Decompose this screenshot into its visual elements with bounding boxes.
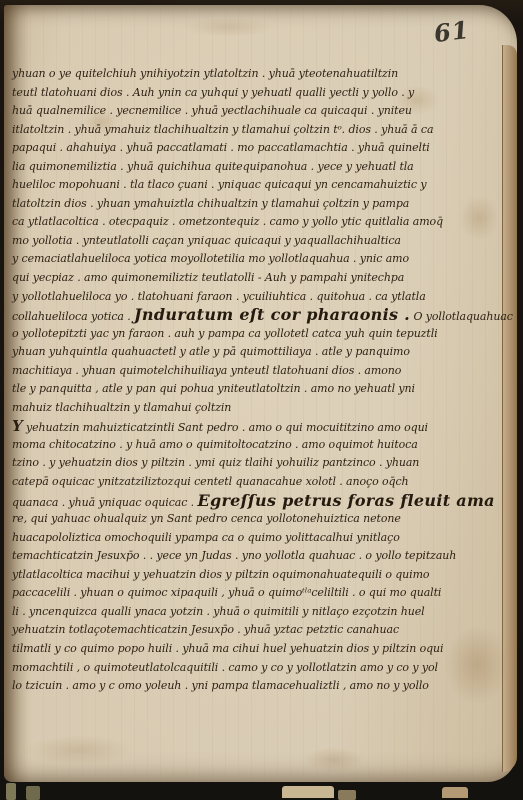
manuscript-line: qui yecpiaz . amo quimonemiliztiz teutla… — [12, 269, 463, 288]
manuscript-line: ca ytlatlacoltica . otecpaquiz . ometzon… — [12, 213, 463, 232]
manuscript-line: catepā oquicac ynitzatziliztozqui centet… — [12, 473, 463, 492]
manuscript-line: lo tzicuin . amo y c omo yoleuh . yni pa… — [12, 677, 463, 696]
folio-number: 61 — [432, 15, 471, 48]
manuscript-line: re, qui yahuac ohualquiz yn Sant pedro c… — [12, 510, 463, 529]
manuscript-line: mahuiz tlachihualtzin y tlamahui çoltzin — [12, 399, 463, 418]
nahuatl-text-segment: temachticatzin Jesuxp̄o . . yece yn Juda… — [12, 549, 456, 562]
manuscript-line: ytlatlacoltica macihui y yehuatzin dios … — [12, 566, 463, 585]
nahuatl-text-segment: quanaca . yhuā yniquac oquicac . — [12, 496, 197, 509]
manuscript-line: quanaca . yhuā yniquac oquicac . Egreſſu… — [12, 492, 463, 511]
page-fore-edge — [502, 45, 517, 772]
book-edge-fragment — [6, 783, 16, 800]
manuscript-line: yhuan o ye quitelchiuh ynihiyotzin ytlat… — [12, 65, 463, 84]
nahuatl-text-segment: lia quimonemiliztia . yhuā quichihua qui… — [12, 160, 414, 173]
manuscript-page: 61 yhuan o ye quitelchiuh ynihiyotzin yt… — [4, 5, 517, 782]
nahuatl-text-segment: qui yecpiaz . amo quimonemiliztiz teutla… — [12, 271, 404, 284]
manuscript-line: y cemaciatlahueliloca yotica moyolloteti… — [12, 250, 463, 269]
manuscript-text: yhuan o ye quitelchiuh ynihiyotzin ytlat… — [12, 65, 463, 696]
nahuatl-text-segment: tle y panquitta , atle y pan qui pohua y… — [12, 382, 415, 395]
nahuatl-text-segment: huā qualnemilice . yecnemilice . yhuā ye… — [12, 104, 412, 117]
book-edge-fragment — [442, 787, 468, 798]
nahuatl-text-segment: yehuatzin mahuizticatzintli Sant pedro .… — [23, 421, 428, 434]
nahuatl-text-segment: O yollotlaquahuac — [410, 310, 513, 323]
nahuatl-text-segment: papaqui . ahahuiya . yhuā paccatlamati .… — [12, 141, 430, 154]
manuscript-line: machitiaya . yhuan quimotelchihuiliaya y… — [12, 362, 463, 381]
book-edge-fragment — [338, 790, 356, 800]
parchment-stain — [459, 195, 499, 241]
manuscript-line: yehuatzin totlaçotemachticatzin Jesuxp̄o… — [12, 621, 463, 640]
nahuatl-text-segment: machitiaya . yhuan quimotelchihuiliaya y… — [12, 364, 401, 377]
nahuatl-text-segment: Y — [12, 417, 23, 435]
manuscript-line: itlatoltzin . yhuā ymahuiz tlachihualtzi… — [12, 121, 463, 140]
manuscript-line: Y yehuatzin mahuizticatzintli Sant pedro… — [12, 417, 463, 436]
manuscript-line: moma chitocatzino . y huā amo o quimitol… — [12, 436, 463, 455]
nahuatl-text-segment: mahuiz tlachihualtzin y tlamahui çoltzin — [12, 401, 231, 414]
book-edge-fragment — [26, 786, 40, 800]
latin-quote: Egreſſus petrus foras fleuit ama — [197, 491, 494, 510]
nahuatl-text-segment: catepā oquicac ynitzatziliztozqui centet… — [12, 475, 409, 488]
manuscript-line: o yollotepitzti yac yn faraon . auh y pa… — [12, 325, 463, 344]
parchment-stain — [184, 17, 274, 37]
nahuatl-text-segment: huacapololiztica omochoquili ypampa ca o… — [12, 531, 400, 544]
nahuatl-text-segment: collahueliloca yotica . — [12, 310, 134, 323]
nahuatl-text-segment: y yollotlahueliloca yo . tlatohuani fara… — [12, 290, 426, 303]
nahuatl-text-segment: paccacelili . yhuan o quimoc xipaquili ,… — [12, 586, 441, 599]
nahuatl-text-segment: y cemaciatlahueliloca yotica moyolloteti… — [12, 252, 409, 265]
manuscript-line: temachticatzin Jesuxp̄o . . yece yn Juda… — [12, 547, 463, 566]
nahuatl-text-segment: yhuan o ye quitelchiuh ynihiyotzin ytlat… — [12, 67, 398, 80]
nahuatl-text-segment: ytlatlacoltica macihui y yehuatzin dios … — [12, 568, 429, 581]
manuscript-line: huacapololiztica omochoquili ypampa ca o… — [12, 529, 463, 548]
manuscript-line: mo yollotia . ynteutlatolli caçan yniqua… — [12, 232, 463, 251]
manuscript-line: y yollotlahueliloca yo . tlatohuani fara… — [12, 288, 463, 307]
nahuatl-text-segment: tilmatli y co quimo popo huili . yhuā ma… — [12, 642, 443, 655]
nahuatl-text-segment: itlatoltzin . yhuā ymahuiz tlachihualtzi… — [12, 123, 433, 136]
parchment-stain — [304, 747, 364, 773]
book-edge-fragment — [282, 786, 334, 798]
nahuatl-text-segment: momachtili , o quimoteutlatolcaquitili .… — [12, 661, 438, 674]
manuscript-line: tilmatli y co quimo popo huili . yhuā ma… — [12, 640, 463, 659]
nahuatl-text-segment: lo tzicuin . amo y c omo yoleuh . yni pa… — [12, 679, 429, 692]
manuscript-line: paccacelili . yhuan o quimoc xipaquili ,… — [12, 584, 463, 603]
manuscript-line: li . yncenquizca qualli ynaca yotzin . y… — [12, 603, 463, 622]
manuscript-line: collahueliloca yotica . Jnduratum eſt co… — [12, 306, 463, 325]
nahuatl-text-segment: o yollotepitzti yac yn faraon . auh y pa… — [12, 327, 438, 340]
manuscript-line: tle y panquitta , atle y pan qui pohua y… — [12, 380, 463, 399]
nahuatl-text-segment: re, qui yahuac ohualquiz yn Sant pedro c… — [12, 512, 401, 525]
manuscript-line: momachtili , o quimoteutlatolcaquitili .… — [12, 659, 463, 678]
manuscript-line: lia quimonemiliztia . yhuā quichihua qui… — [12, 158, 463, 177]
manuscript-line: tzino . y yehuatzin dios y piltzin . ymi… — [12, 454, 463, 473]
manuscript-line: papaqui . ahahuiya . yhuā paccatlamati .… — [12, 139, 463, 158]
nahuatl-text-segment: tzino . y yehuatzin dios y piltzin . ymi… — [12, 456, 419, 469]
book-photo: { "manuscript": { "folio_number": "61", … — [0, 0, 523, 800]
nahuatl-text-segment: moma chitocatzino . y huā amo o quimitol… — [12, 438, 418, 451]
nahuatl-text-segment: tlatoltzin dios . yhuan ymahuiztla chihu… — [12, 197, 409, 210]
manuscript-line: hueliloc mopohuani . tla tlaco çuani . y… — [12, 176, 463, 195]
nahuatl-text-segment: teutl tlatohuani dios . Auh ynin ca yuhq… — [12, 86, 414, 99]
nahuatl-text-segment: yehuatzin totlaçotemachticatzin Jesuxp̄o… — [12, 623, 399, 636]
latin-quote: Jnduratum eſt cor pharaonis . — [134, 305, 410, 324]
manuscript-line: teutl tlatohuani dios . Auh ynin ca yuhq… — [12, 84, 463, 103]
manuscript-line: yhuan yuhquintla quahuactetl y atle y pā… — [12, 343, 463, 362]
manuscript-line: tlatoltzin dios . yhuan ymahuiztla chihu… — [12, 195, 463, 214]
parchment-stain — [24, 735, 134, 765]
nahuatl-text-segment: ca ytlatlacoltica . otecpaquiz . ometzon… — [12, 215, 443, 228]
nahuatl-text-segment: mo yollotia . ynteutlatolli caçan yniqua… — [12, 234, 401, 247]
nahuatl-text-segment: li . yncenquizca qualli ynaca yotzin . y… — [12, 605, 425, 618]
manuscript-line: huā qualnemilice . yecnemilice . yhuā ye… — [12, 102, 463, 121]
nahuatl-text-segment: yhuan yuhquintla quahuactetl y atle y pā… — [12, 345, 410, 358]
nahuatl-text-segment: hueliloc mopohuani . tla tlaco çuani . y… — [12, 178, 426, 191]
